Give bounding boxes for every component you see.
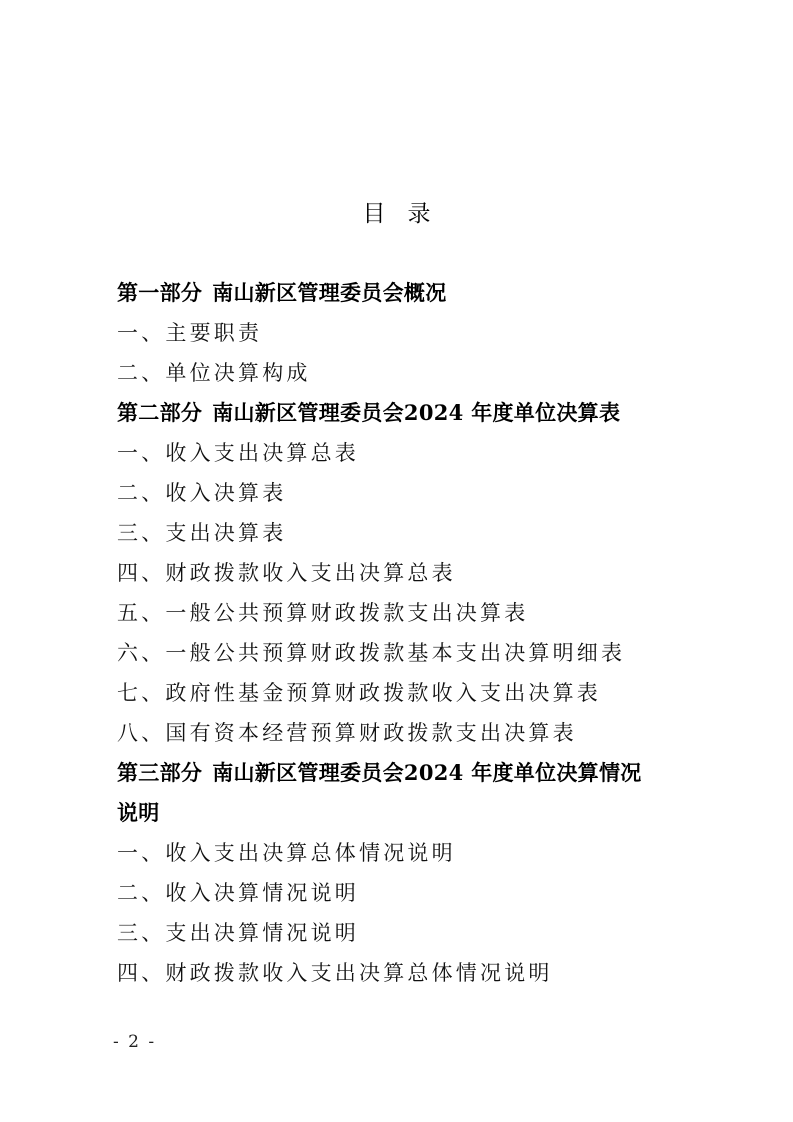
table-of-contents: 第一部分南山新区管理委员会概况 一、主要职责 二、单位决算构成 第二部分南山新区… [117, 273, 697, 993]
part-title-post: 年度单位决算情况 [471, 761, 641, 785]
toc-part-1-heading[interactable]: 第一部分南山新区管理委员会概况 [117, 273, 697, 313]
toc-item[interactable]: 四、财政拨款收入支出决算总体情况说明 [117, 953, 697, 993]
toc-item[interactable]: 三、支出决算情况说明 [117, 913, 697, 953]
toc-item[interactable]: 四、财政拨款收入支出决算总表 [117, 553, 697, 593]
toc-item[interactable]: 八、国有资本经营预算财政拨款支出决算表 [117, 713, 697, 753]
toc-part-2-heading[interactable]: 第二部分南山新区管理委员会2024 年度单位决算表 [117, 393, 697, 433]
toc-item[interactable]: 二、收入决算表 [117, 473, 697, 513]
page-number: - 2 - [113, 1030, 156, 1054]
toc-item[interactable]: 一、主要职责 [117, 313, 697, 353]
part-title-pre: 南山新区管理委员会 [212, 401, 404, 425]
toc-item[interactable]: 二、单位决算构成 [117, 353, 697, 393]
part-title: 南山新区管理委员会概况 [212, 281, 446, 305]
part-label: 第一部分 [117, 281, 202, 305]
page-title-char-2: 录 [408, 201, 431, 227]
part-label: 第二部分 [117, 401, 202, 425]
part-title-post: 年度单位决算表 [471, 401, 620, 425]
part-year: 2024 [404, 760, 464, 785]
part-title-pre: 南山新区管理委员会 [212, 761, 404, 785]
toc-item[interactable]: 二、收入决算情况说明 [117, 873, 697, 913]
page-title: 目录 [0, 196, 793, 232]
page-title-char-1: 目 [363, 201, 386, 227]
toc-item[interactable]: 三、支出决算表 [117, 513, 697, 553]
document-page: 目录 第一部分南山新区管理委员会概况 一、主要职责 二、单位决算构成 第二部分南… [0, 0, 793, 1122]
toc-item[interactable]: 七、政府性基金预算财政拨款收入支出决算表 [117, 673, 697, 713]
toc-part-3-heading[interactable]: 第三部分南山新区管理委员会2024 年度单位决算情况 [117, 753, 697, 793]
toc-item[interactable]: 五、一般公共预算财政拨款支出决算表 [117, 593, 697, 633]
toc-item[interactable]: 一、收入支出决算总体情况说明 [117, 833, 697, 873]
part-label: 第三部分 [117, 761, 202, 785]
toc-item[interactable]: 一、收入支出决算总表 [117, 433, 697, 473]
toc-item[interactable]: 六、一般公共预算财政拨款基本支出决算明细表 [117, 633, 697, 673]
toc-part-3-heading-continuation[interactable]: 说明 [117, 793, 697, 833]
part-year: 2024 [404, 400, 464, 425]
